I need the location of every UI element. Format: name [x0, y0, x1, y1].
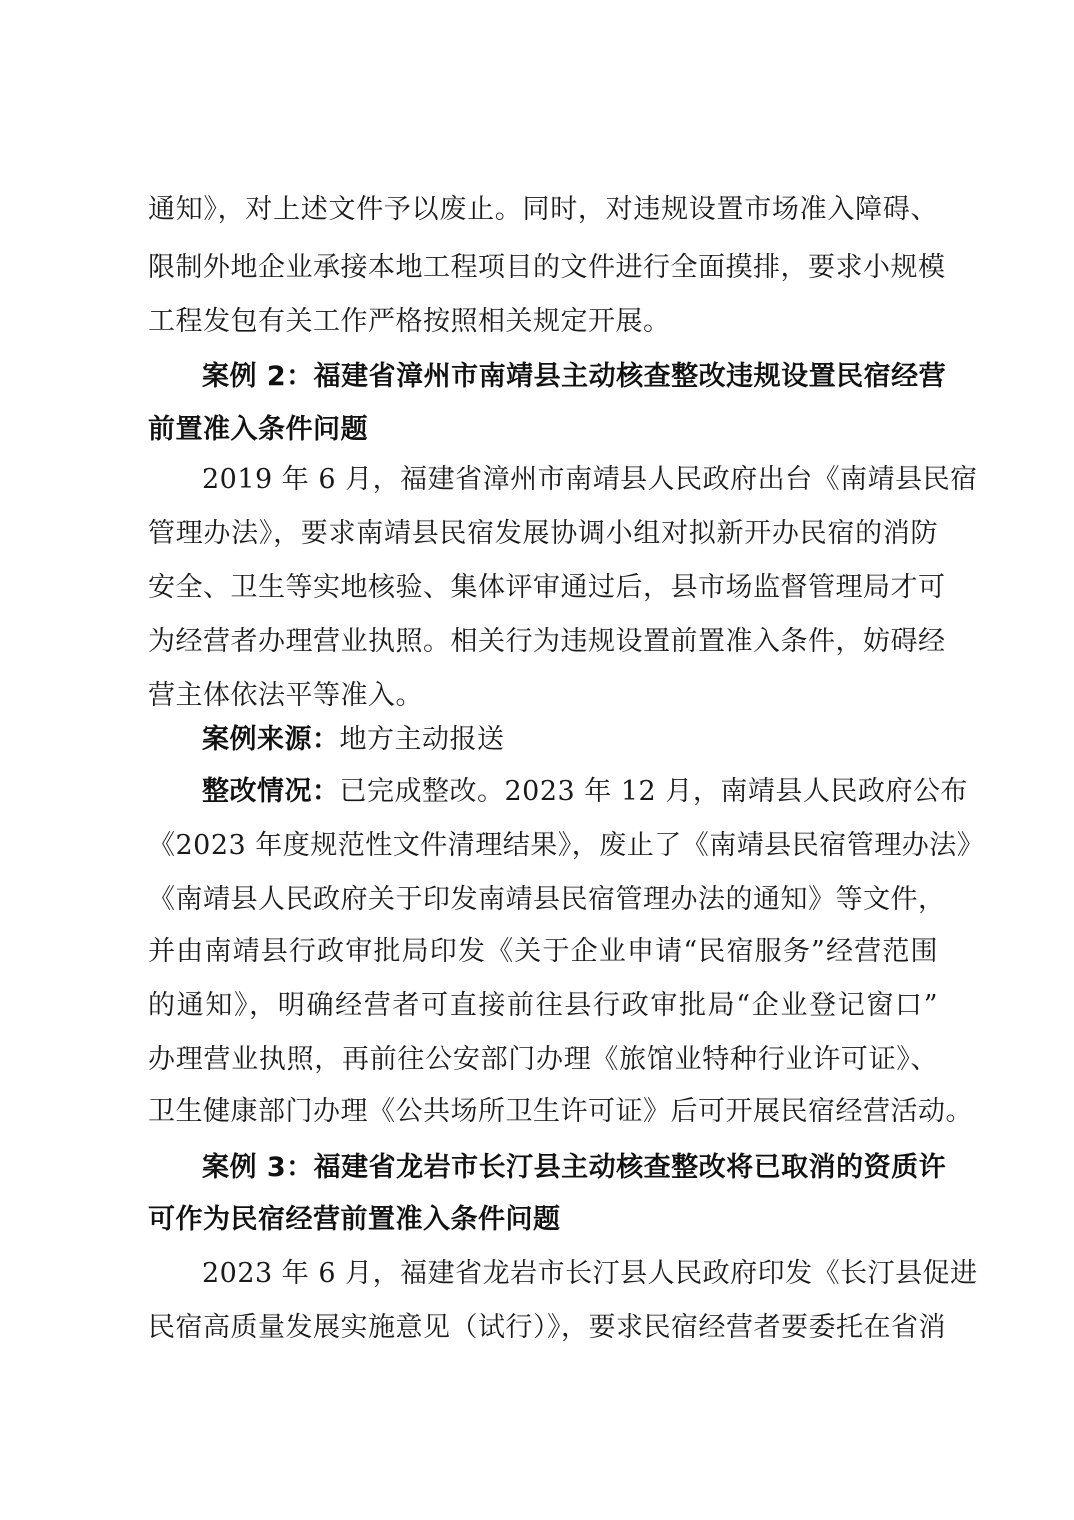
case-2-body-line: 为经营者办理营业执照。相关行为违规设置前置准入条件，妨碍经 — [148, 622, 938, 662]
paragraph-line: 工程发包有关工作严格按照相关规定开展。 — [148, 302, 938, 342]
rectify-line: 并由南靖县行政审批局印发《关于企业申请“民宿服务”经营范围 — [148, 932, 938, 972]
case-2-body-line: 安全、卫生等实地核验、集体评审通过后，县市场监督管理局才可 — [148, 568, 938, 608]
paragraph-line: 通知》，对上述文件予以废止。同时，对违规设置市场准入障碍、 — [148, 190, 938, 230]
paragraph-line: 限制外地企业承接本地工程项目的文件进行全面摸排，要求小规模 — [148, 248, 938, 288]
rectify-line: 《2023 年度规范性文件清理结果》，废止了《南靖县民宿管理办法》 — [148, 826, 938, 866]
case-3-body-line: 民宿高质量发展实施意见（试行）》，要求民宿经营者要委托在省消 — [148, 1308, 938, 1348]
case-source-value: 地方主动报送 — [340, 724, 505, 755]
case-2-heading-cont: 前置准入条件问题 — [148, 410, 938, 450]
rectify-line: 《南靖县人民政府关于印发南靖县民宿管理办法的通知》等文件， — [148, 880, 938, 920]
rectify-label: 整改情况： — [202, 776, 340, 807]
rectify-line: 办理营业执照，再前往公安部门办理《旅馆业特种行业许可证》、 — [148, 1040, 938, 1080]
document-page: 通知》，对上述文件予以废止。同时，对违规设置市场准入障碍、 限制外地企业承接本地… — [0, 0, 1074, 1520]
case-source-label: 案例来源： — [202, 724, 340, 755]
case-3-heading: 案例 3：福建省龙岩市长汀县主动核查整改将已取消的资质许 — [202, 1148, 938, 1188]
case-3-heading-cont: 可作为民宿经营前置准入条件问题 — [148, 1200, 938, 1240]
rectify-line: 卫生健康部门办理《公共场所卫生许可证》后可开展民宿经营活动。 — [148, 1092, 938, 1132]
case-2-rectify: 整改情况：已完成整改。2023 年 12 月，南靖县人民政府公布 — [202, 772, 938, 812]
case-2-body-line: 管理办法》，要求南靖县民宿发展协调小组对拟新开办民宿的消防 — [148, 514, 938, 554]
case-2-body-line: 营主体依法平等准入。 — [148, 676, 938, 716]
case-2-body-line: 2019 年 6 月，福建省漳州市南靖县人民政府出台《南靖县民宿 — [202, 460, 938, 500]
case-3-body-line: 2023 年 6 月，福建省龙岩市长汀县人民政府印发《长汀县促进 — [202, 1254, 938, 1294]
case-2-heading: 案例 2：福建省漳州市南靖县主动核查整改违规设置民宿经营 — [202, 357, 938, 397]
rectify-line: 的通知》，明确经营者可直接前往县行政审批局“企业登记窗口” — [148, 986, 938, 1026]
rectify-first-line: 已完成整改。2023 年 12 月，南靖县人民政府公布 — [340, 776, 968, 807]
case-2-source: 案例来源：地方主动报送 — [202, 720, 938, 760]
